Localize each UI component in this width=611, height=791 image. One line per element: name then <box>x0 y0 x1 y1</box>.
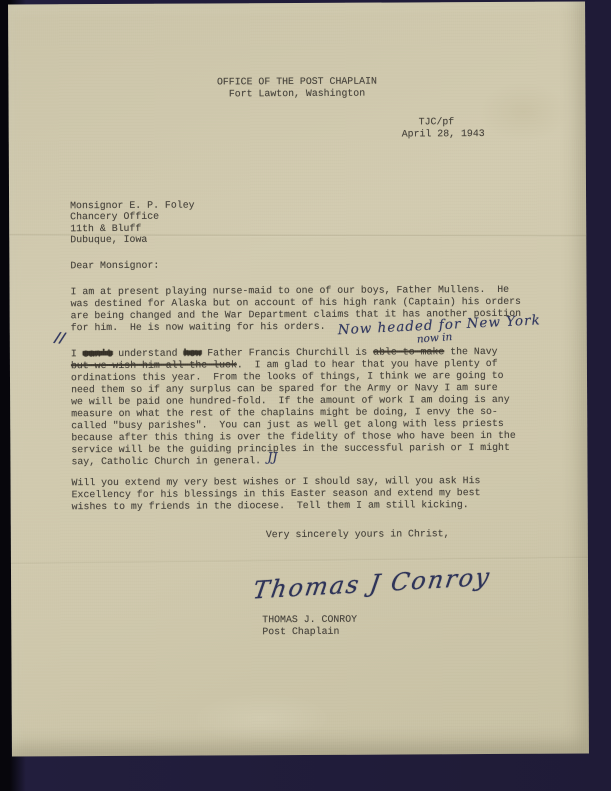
scanned-letter-background: OFFICE OF THE POST CHAPLAIN Fort Lawton,… <box>0 0 611 791</box>
letter-paragraph: Will you extend my very best wishes or I… <box>72 475 481 513</box>
text-segment: for him. He is now waiting for his order… <box>71 321 326 333</box>
text-segment: say, Catholic Church in general. <box>71 455 261 467</box>
text-segment: the Navy <box>444 346 497 357</box>
complimentary-closing: Very sincerely yours in Christ, <box>266 528 450 541</box>
struck-out-text: able to make <box>373 346 444 357</box>
letter-date: April 28, 1943 <box>402 128 485 140</box>
signature-title: Post Chaplain <box>262 626 339 638</box>
text-segment: Excellency for his blessings in this Eas… <box>72 487 481 500</box>
struck-out-text: but we wish him all the luck <box>71 359 237 371</box>
letterhead-location: Fort Lawton, Washington <box>8 86 585 101</box>
struck-out-text: how <box>183 348 201 359</box>
typed-line: Dubuque, Iowa <box>70 234 195 246</box>
text-segment: wishes to my friends in the diocese. Tel… <box>72 499 469 512</box>
salutation: Dear Monsignor: <box>70 260 159 272</box>
text-segment: measure on what the rest of the chaplain… <box>71 406 498 419</box>
handwritten-jj-mark: JJ <box>267 449 277 464</box>
typed-line: Chancery Office <box>70 211 195 223</box>
paper-stain <box>192 693 332 744</box>
text-segment: service will be the guiding principles i… <box>71 442 510 455</box>
text-segment: Father Francis Churchill is <box>201 347 373 359</box>
text-segment: I am at present playing nurse-maid to on… <box>71 284 510 297</box>
typist-reference: TJC/pf <box>419 116 455 128</box>
recipient-address: Monsignor E. P. FoleyChancery Office11th… <box>70 200 195 246</box>
text-segment: Will you extend my very best wishes or I… <box>72 475 481 488</box>
struck-out-text: can't <box>83 348 113 359</box>
text-segment: I <box>71 348 83 359</box>
text-segment: need them so if any surplus can be spare… <box>71 382 498 395</box>
typed-line: wishes to my friends in the diocese. Tel… <box>72 499 481 513</box>
signature-typed-name: THOMAS J. CONROY <box>262 614 357 626</box>
handwritten-note-now-in: now in <box>416 331 452 346</box>
letter-paper: OFFICE OF THE POST CHAPLAIN Fort Lawton,… <box>8 1 589 756</box>
handwritten-margin-mark: // <box>54 330 66 347</box>
text-segment: we will be paid one hundred-fold. If the… <box>71 394 510 407</box>
typed-line: service will be the guiding principles i… <box>71 442 516 456</box>
paper-crease <box>11 556 588 565</box>
text-segment: understand <box>112 348 183 359</box>
typed-line: 11th & Bluff <box>70 222 195 234</box>
text-segment: . I am glad to hear that you have plenty… <box>237 358 498 370</box>
text-segment: called "busy parishes". You can just as … <box>71 418 504 431</box>
text-segment: because after this thing is over the fid… <box>71 430 516 443</box>
typed-line: Monsignor E. P. Foley <box>70 200 195 212</box>
typed-line: say, Catholic Church in general. <box>71 454 516 468</box>
text-segment: ordinations this year. From the looks of… <box>71 370 504 383</box>
handwritten-signature: Thomas J Conroy <box>251 563 493 605</box>
letter-paragraph: I can't understand how Father Francis Ch… <box>71 346 516 468</box>
